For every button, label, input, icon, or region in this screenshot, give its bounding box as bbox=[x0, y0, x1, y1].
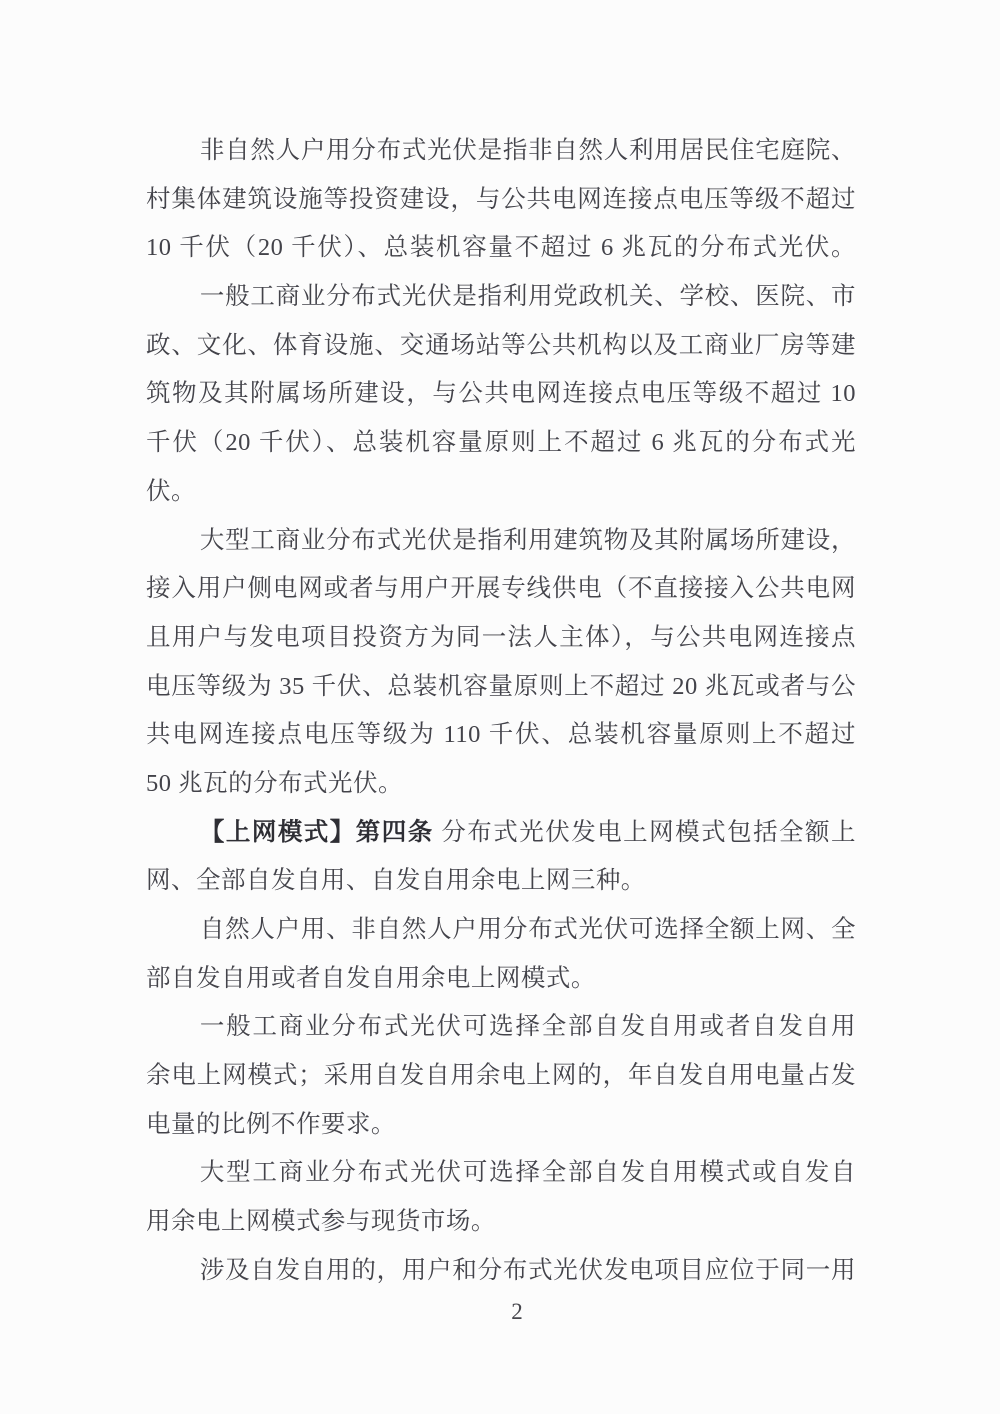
text-line: 政、文化、体育设施、交通场站等公共机构以及工商业厂房等建 bbox=[146, 322, 856, 371]
text-line: 非自然人户用分布式光伏是指非自然人利用居民住宅庭院、 bbox=[146, 127, 856, 176]
text-line: 一般工商业分布式光伏是指利用党政机关、学校、医院、市 bbox=[146, 273, 856, 322]
page-number: 2 bbox=[17, 1298, 1000, 1326]
text-line: 用余电上网模式参与现货市场。 bbox=[146, 1198, 856, 1247]
text-line: 共电网连接点电压等级为 110 千伏、总装机容量原则上不超过 bbox=[146, 711, 856, 760]
text-line: 接入用户侧电网或者与用户开展专线供电（不直接接入公共电网 bbox=[146, 565, 856, 614]
text-line: 大型工商业分布式光伏可选择全部自发自用模式或自发自 bbox=[146, 1149, 856, 1198]
text-line: 村集体建筑设施等投资建设，与公共电网连接点电压等级不超过 bbox=[146, 176, 856, 225]
text-line: 自然人户用、非自然人户用分布式光伏可选择全额上网、全 bbox=[146, 906, 856, 955]
text-line: 电压等级为 35 千伏、总装机容量原则上不超过 20 兆瓦或者与公 bbox=[146, 663, 856, 712]
text-line: 伏。 bbox=[146, 468, 856, 517]
text-line: 千伏（20 千伏）、总装机容量原则上不超过 6 兆瓦的分布式光 bbox=[146, 419, 856, 468]
text-line: 50 兆瓦的分布式光伏。 bbox=[146, 760, 856, 809]
text-line: 且用户与发电项目投资方为同一法人主体），与公共电网连接点 bbox=[146, 614, 856, 663]
text-line: 【上网模式】第四条 分布式光伏发电上网模式包括全额上 bbox=[146, 809, 856, 858]
text-line: 电量的比例不作要求。 bbox=[146, 1101, 856, 1150]
text-line: 一般工商业分布式光伏可选择全部自发自用或者自发自用 bbox=[146, 1003, 856, 1052]
text-line: 大型工商业分布式光伏是指利用建筑物及其附属场所建设， bbox=[146, 517, 856, 566]
text-line: 余电上网模式；采用自发自用余电上网的，年自发自用电量占发 bbox=[146, 1052, 856, 1101]
text-body: 非自然人户用分布式光伏是指非自然人利用居民住宅庭院、村集体建筑设施等投资建设，与… bbox=[146, 127, 856, 1296]
document-page: 非自然人户用分布式光伏是指非自然人利用居民住宅庭院、村集体建筑设施等投资建设，与… bbox=[0, 0, 1000, 1414]
text-line: 部自发自用或者自发自用余电上网模式。 bbox=[146, 955, 856, 1004]
text-line: 网、全部自发自用、自发自用余电上网三种。 bbox=[146, 857, 856, 906]
text-line: 10 千伏（20 千伏）、总装机容量不超过 6 兆瓦的分布式光伏。 bbox=[146, 224, 856, 273]
text-line: 涉及自发自用的，用户和分布式光伏发电项目应位于同一用 bbox=[146, 1247, 856, 1296]
article-heading: 【上网模式】第四条 bbox=[200, 819, 434, 846]
text-line: 筑物及其附属场所建设，与公共电网连接点电压等级不超过 10 bbox=[146, 370, 856, 419]
